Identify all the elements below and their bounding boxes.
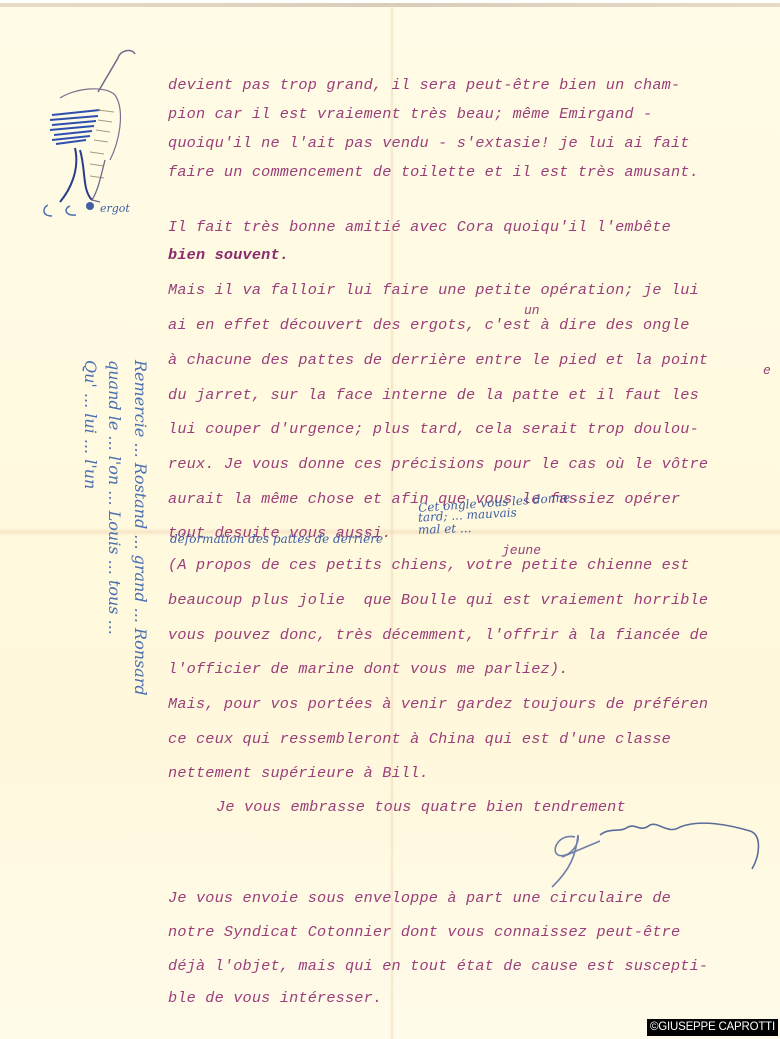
typed-line: du jarret, sur la face interne de la pat… bbox=[168, 386, 699, 404]
postscript-line: ble de vous intéresser. bbox=[168, 989, 382, 1007]
typed-correction-jeune: jeune bbox=[502, 543, 541, 558]
typed-correction-e: e bbox=[763, 363, 771, 378]
margin-note-column: Remercie ... Rostand ... grand ... Ronsa… bbox=[131, 360, 150, 696]
typed-line: ai en effet découvert des ergots, c'est … bbox=[168, 316, 690, 334]
typed-line: l'officier de marine dont vous me parlie… bbox=[168, 660, 569, 678]
typed-line: quoiqu'il ne l'ait pas vendu - s'extasie… bbox=[168, 134, 690, 152]
typed-line: ce ceux qui ressembleront à China qui es… bbox=[168, 730, 671, 748]
typed-line: beaucoup plus jolie que Boulle qui est v… bbox=[168, 591, 708, 609]
typed-line: devient pas trop grand, il sera peut-êtr… bbox=[168, 76, 680, 94]
typed-correction-un: un bbox=[524, 303, 540, 318]
typed-line: à chacune des pattes de derrière entre l… bbox=[168, 351, 708, 369]
typed-line: Mais il va falloir lui faire une petite … bbox=[168, 281, 699, 299]
vertical-fold-crease bbox=[390, 3, 394, 1039]
typed-line: (A propos de ces petits chiens, votre pe… bbox=[168, 556, 690, 574]
typed-line: bien souvent. bbox=[168, 246, 289, 264]
typed-line: Il fait très bonne amitié avec Cora quoi… bbox=[168, 218, 671, 236]
sketch-label: ergot bbox=[100, 202, 130, 215]
typed-line: reux. Je vous donne ces précisions pour … bbox=[168, 455, 708, 473]
postscript-line: déjà l'objet, mais qui en tout état de c… bbox=[168, 957, 708, 975]
typed-line: nettement supérieure à Bill. bbox=[168, 764, 429, 782]
typed-line: vous pouvez donc, très décemment, l'offr… bbox=[168, 626, 708, 644]
handwritten-note-line: déformation des pattes de derrière bbox=[170, 532, 383, 546]
margin-note-column: Qu' ... lui ... l'un bbox=[81, 360, 100, 489]
postscript-line: notre Syndicat Cotonnier dont vous conna… bbox=[168, 923, 680, 941]
typed-line: Mais, pour vos portées à venir gardez to… bbox=[168, 695, 708, 713]
typed-line: pion car il est vraiement très beau; mêm… bbox=[168, 105, 652, 123]
copyright-watermark: ©GIUSEPPE CAPROTTI bbox=[647, 1019, 778, 1036]
dog-leg-sketch-icon: ergot bbox=[20, 40, 170, 240]
handwritten-note-line: mal et ... bbox=[418, 521, 472, 537]
margin-note-column: quand le ... l'on ... Louis ... tous ... bbox=[105, 360, 124, 635]
typed-line: lui couper d'urgence; plus tard, cela se… bbox=[168, 420, 699, 438]
signature-icon bbox=[540, 805, 770, 895]
typed-line: faire un commencement de toilette et il … bbox=[168, 163, 699, 181]
